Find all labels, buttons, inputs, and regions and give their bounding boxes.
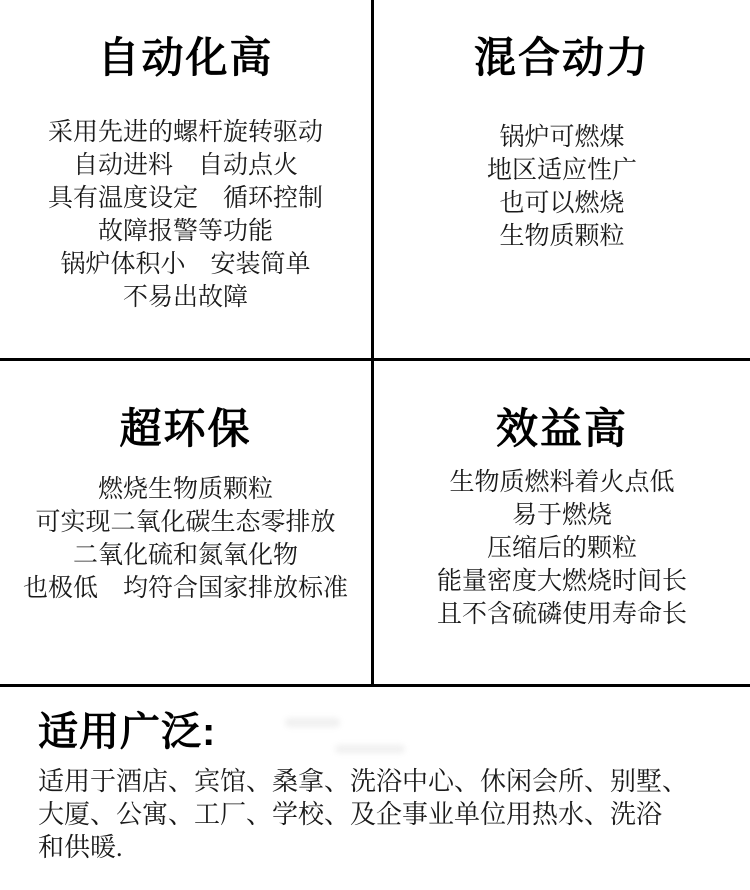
quadrant-eco-friendly-body: 燃烧生物质颗粒 可实现二氧化碳生态零排放 二氧化硫和氮氧化物 也极低 均符合国家… (0, 473, 371, 605)
feature-line: 二氧化硫和氮氧化物 (0, 539, 371, 572)
quadrant-eco-friendly: 超环保 燃烧生物质颗粒 可实现二氧化碳生态零排放 二氧化硫和氮氧化物 也极低 均… (0, 361, 371, 684)
quadrant-automation-title: 自动化高 (0, 34, 371, 82)
feature-line: 可实现二氧化碳生态零排放 (0, 506, 371, 539)
feature-line: 不易出故障 (0, 281, 371, 314)
feature-line: 能量密度大燃烧时间长 (374, 565, 750, 598)
text-line: 大厦、公寓、工厂、学校、及企事业单位用热水、洗浴 (38, 798, 750, 831)
horizontal-divider-top (0, 358, 750, 361)
applications-text: 适用于酒店、宾馆、桑拿、洗浴中心、休闲会所、别墅、 大厦、公寓、工厂、学校、及企… (38, 765, 750, 864)
feature-line: 也可以燃烧 (374, 187, 750, 220)
quadrant-automation: 自动化高 采用先进的螺杆旋转驱动 自动进料 自动点火 具有温度设定 循环控制 故… (0, 0, 371, 358)
quadrant-high-efficiency: 效益高 生物质燃料着火点低 易于燃烧 压缩后的颗粒 能量密度大燃烧时间长 且不含… (374, 361, 750, 684)
feature-line: 故障报警等功能 (0, 215, 371, 248)
feature-line: 地区适应性广 (374, 154, 750, 187)
quadrant-automation-body: 采用先进的螺杆旋转驱动 自动进料 自动点火 具有温度设定 循环控制 故障报警等功… (0, 116, 371, 314)
feature-line: 也极低 均符合国家排放标准 (0, 572, 371, 605)
applications-title: 适用广泛: (38, 710, 750, 754)
product-feature-sheet: 自动化高 采用先进的螺杆旋转驱动 自动进料 自动点火 具有温度设定 循环控制 故… (0, 0, 750, 890)
quadrant-hybrid-power: 混合动力 锅炉可燃煤 地区适应性广 也可以燃烧 生物质颗粒 (374, 0, 750, 358)
text-line: 适用于酒店、宾馆、桑拿、洗浴中心、休闲会所、别墅、 (38, 765, 750, 798)
feature-line: 具有温度设定 循环控制 (0, 182, 371, 215)
quadrant-high-efficiency-body: 生物质燃料着火点低 易于燃烧 压缩后的颗粒 能量密度大燃烧时间长 且不含硫磷使用… (374, 466, 750, 631)
feature-line: 锅炉可燃煤 (374, 121, 750, 154)
quadrant-eco-friendly-title: 超环保 (0, 405, 371, 453)
vertical-divider (371, 0, 374, 685)
quadrant-hybrid-power-body: 锅炉可燃煤 地区适应性广 也可以燃烧 生物质颗粒 (374, 121, 750, 253)
feature-line: 生物质颗粒 (374, 220, 750, 253)
feature-line: 且不含硫磷使用寿命长 (374, 598, 750, 631)
quadrant-high-efficiency-title: 效益高 (374, 405, 750, 453)
section-applications: 适用广泛: 适用于酒店、宾馆、桑拿、洗浴中心、休闲会所、别墅、 大厦、公寓、工厂… (0, 687, 750, 890)
feature-line: 生物质燃料着火点低 (374, 466, 750, 499)
feature-line: 易于燃烧 (374, 499, 750, 532)
feature-line: 燃烧生物质颗粒 (0, 473, 371, 506)
text-line: 和供暖. (38, 831, 750, 864)
feature-line: 压缩后的颗粒 (374, 532, 750, 565)
feature-line: 锅炉体积小 安装简单 (0, 248, 371, 281)
feature-line: 采用先进的螺杆旋转驱动 (0, 116, 371, 149)
quadrant-hybrid-power-title: 混合动力 (374, 34, 750, 82)
feature-line: 自动进料 自动点火 (0, 149, 371, 182)
